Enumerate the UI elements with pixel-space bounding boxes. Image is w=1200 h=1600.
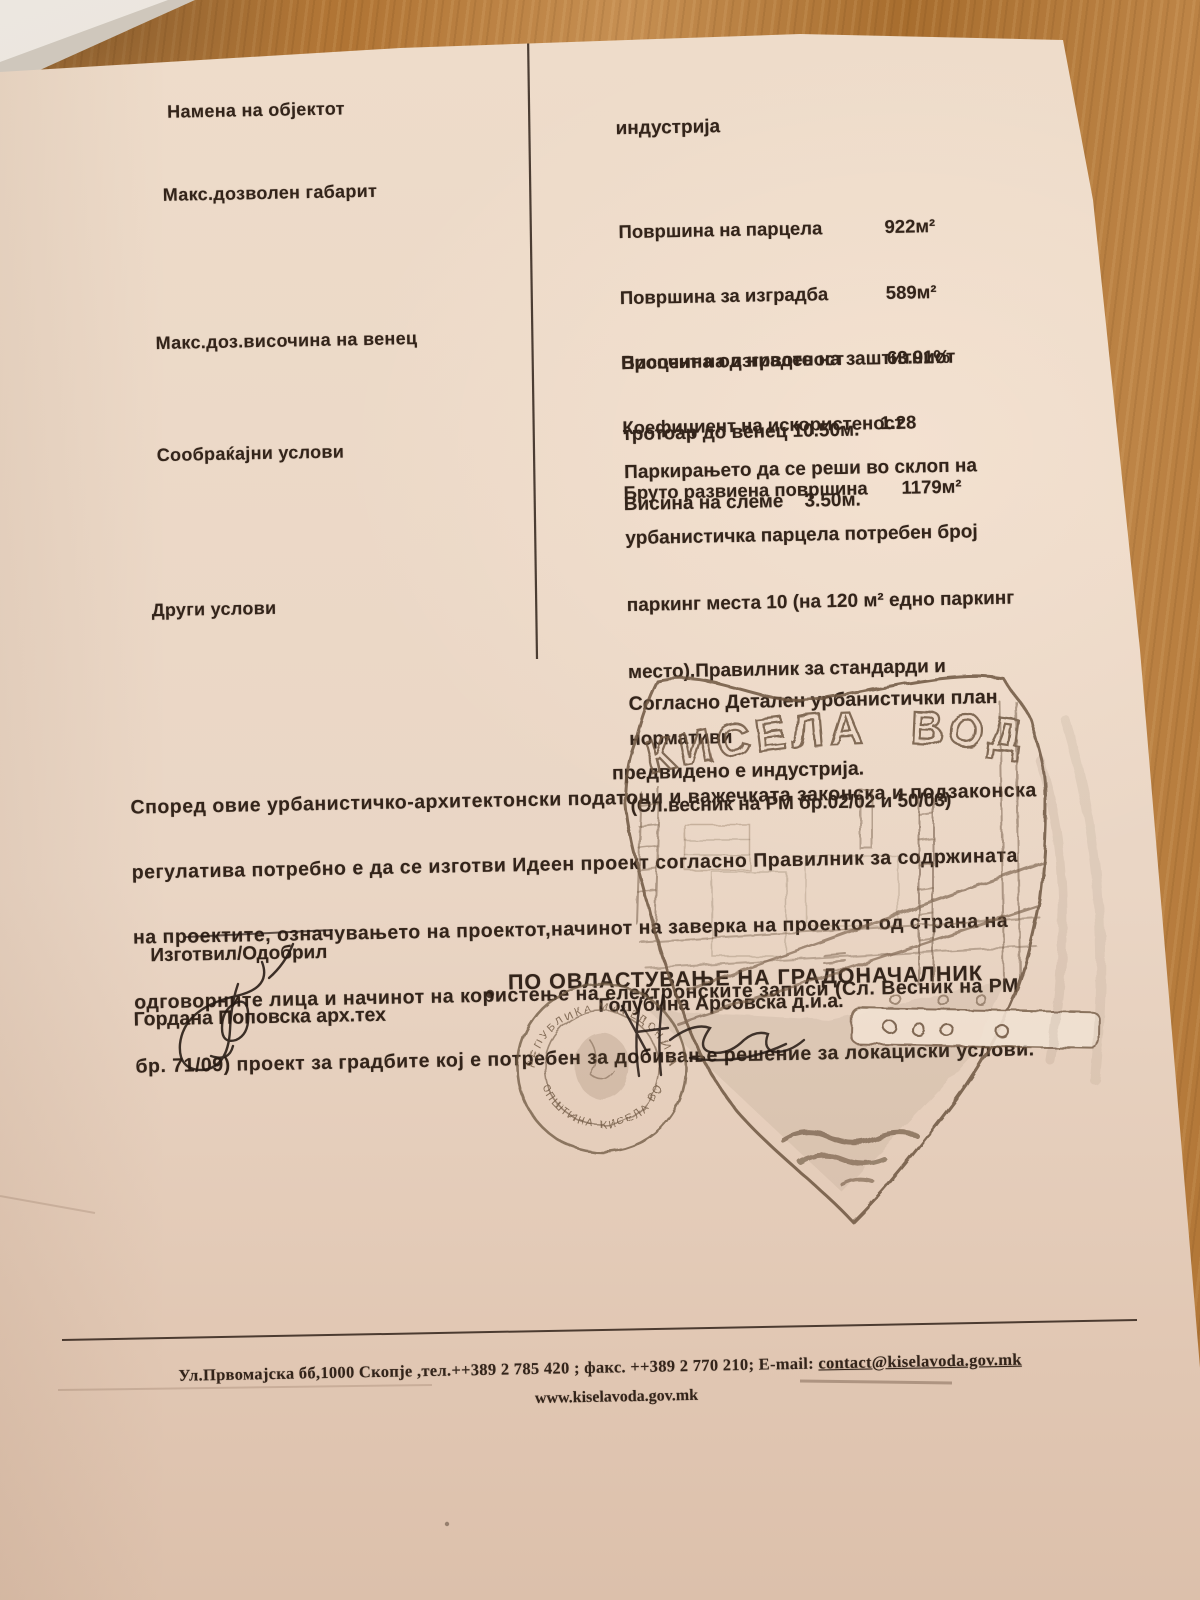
photo-of-paper-document: { "doc": { "purpose_label": "Намена на о… xyxy=(0,0,1200,1600)
table-divider-line xyxy=(528,34,537,659)
ink-and-stamp-overlay: КИСЕЛА ВОДА xyxy=(0,0,1200,1600)
footer-rule xyxy=(62,1320,1137,1340)
round-official-stamp: РЕПУБЛИКА МАКЕДОНИЈА ОПШТИНА КИСЕЛА ВОДА xyxy=(0,0,686,1152)
shield-title-text: КИСЕЛА ВОДА xyxy=(0,0,1030,784)
municipality-shield-stamp: КИСЕЛА ВОДА xyxy=(0,0,1101,1222)
signature-prepared-by xyxy=(180,930,332,1070)
document-sheet: Намена на објектот индустрија Макс.дозво… xyxy=(0,0,1200,1600)
round-stamp-bottom-text: ОПШТИНА КИСЕЛА ВОДА xyxy=(0,0,665,1131)
